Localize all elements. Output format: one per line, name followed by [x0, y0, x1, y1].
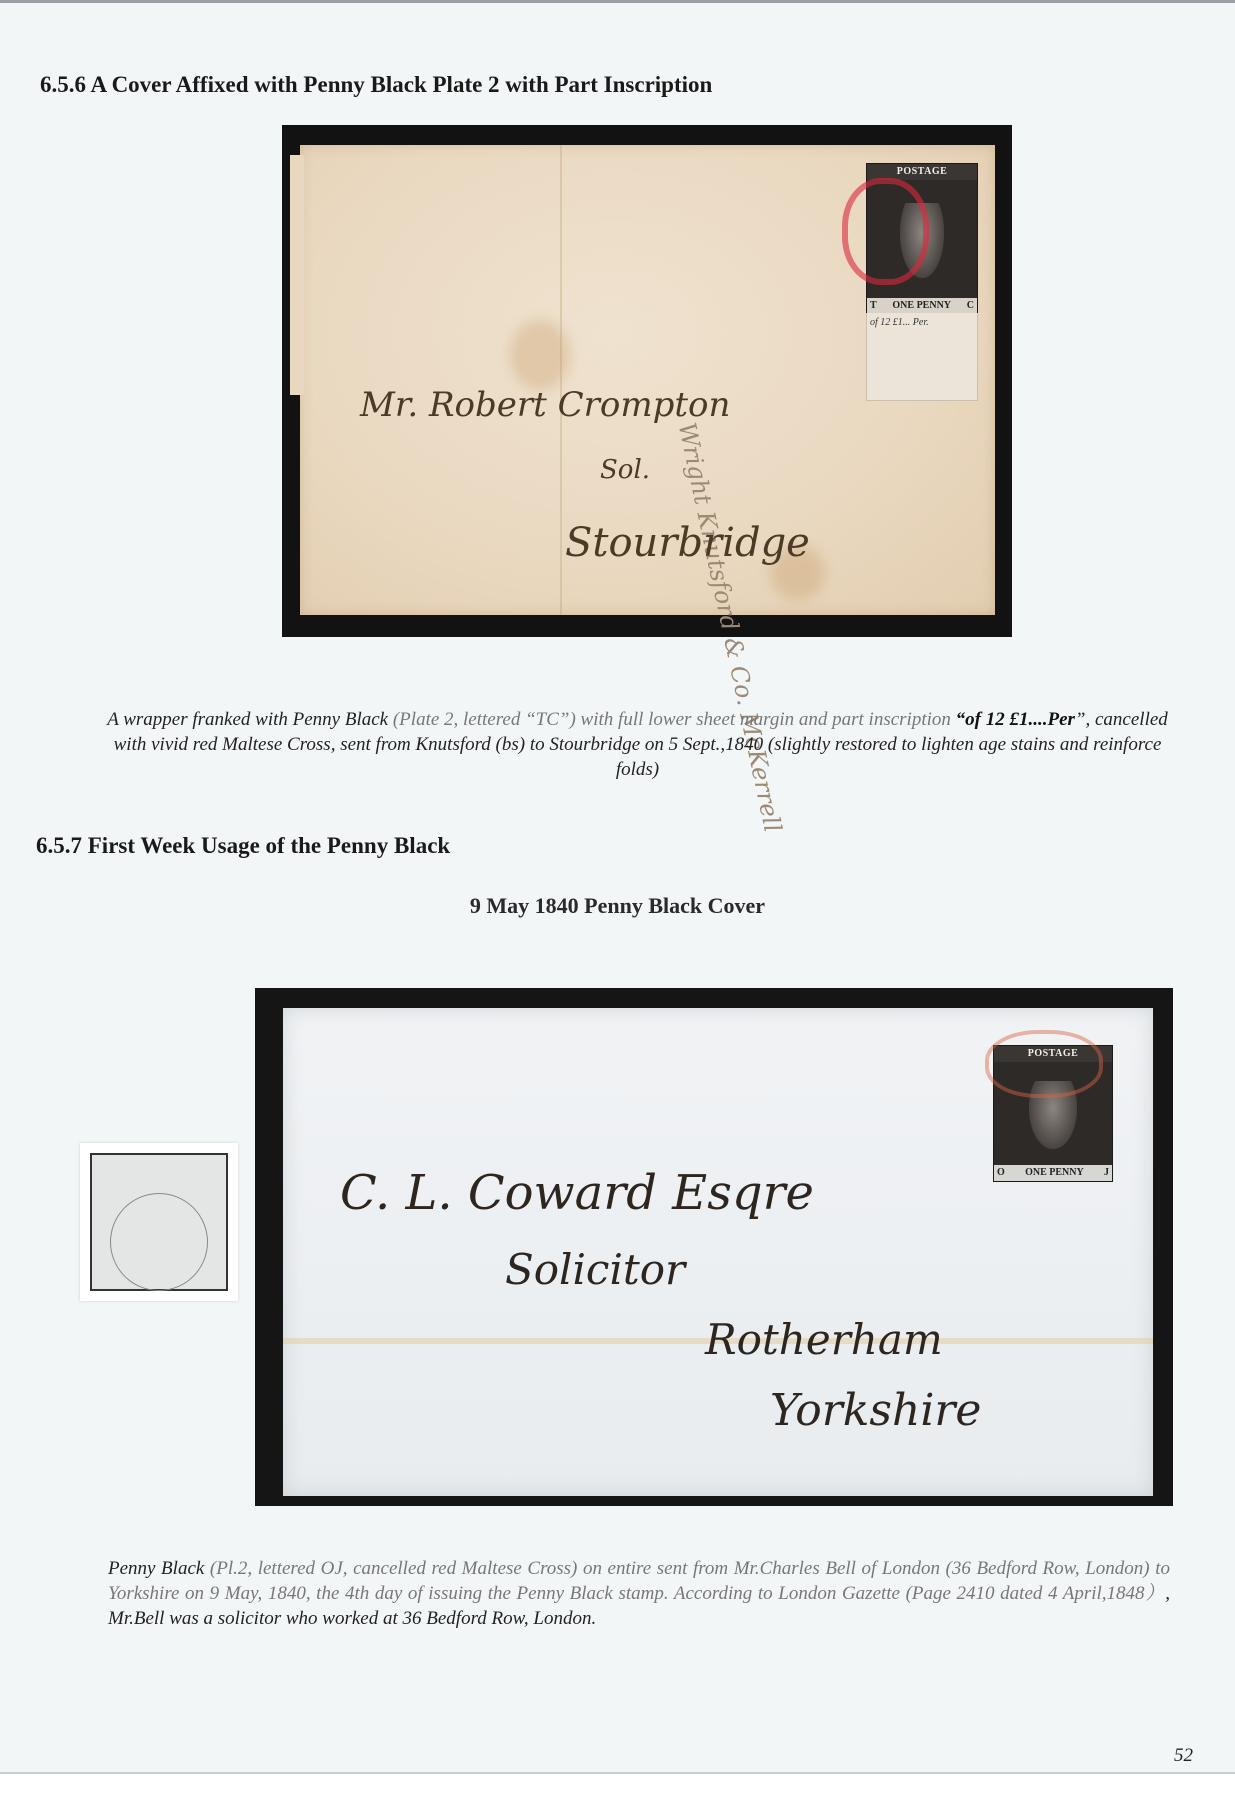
cover-2-caption: Penny Black (Pl.2, lettered OJ, cancelle… — [108, 1556, 1170, 1631]
caption-text: A wrapper franked with Penny Black — [107, 709, 388, 730]
red-maltese-cross-cancel-icon — [842, 178, 929, 285]
red-maltese-cross-cancel-icon — [985, 1030, 1103, 1098]
stamp-value-bar: O ONE PENNY J — [994, 1165, 1112, 1181]
cover-2-address-line-2: Solicitor — [505, 1245, 685, 1294]
wrapper-flap — [290, 155, 304, 395]
page-number: 52 — [1174, 1745, 1193, 1767]
margin-inscription: of 12 £1... Per. — [870, 317, 974, 328]
page-bottom-margin — [0, 1774, 1235, 1800]
stamp-letter-right: C — [967, 298, 974, 314]
cover-1-address-line-2: Sol. — [600, 455, 650, 485]
caption-text: (Plate 2, lettered “TC”) with full lower… — [388, 709, 956, 730]
section-heading-6-5-6: 6.5.6 A Cover Affixed with Penny Black P… — [40, 72, 712, 98]
stamp-value-label: ONE PENNY — [892, 298, 951, 314]
cover-2-title: 9 May 1840 Penny Black Cover — [0, 893, 1235, 919]
circular-datestamp-icon — [110, 1193, 208, 1291]
age-stain — [510, 320, 570, 390]
cover-2-address-line-1: C. L. Coward Esqre — [340, 1165, 814, 1221]
stamp-letter-right: J — [1104, 1165, 1109, 1181]
stamp-value-bar: T ONE PENNY C — [867, 298, 977, 314]
stamp-letter-left: T — [870, 298, 877, 314]
postmark-box — [90, 1153, 228, 1291]
cover-2-address-line-4: Yorkshire — [770, 1385, 981, 1436]
section-heading-6-5-7: 6.5.7 First Week Usage of the Penny Blac… — [36, 833, 450, 859]
caption-gazette-reference: (Page 2410 dated 4 April,1848） — [906, 1583, 1166, 1604]
cover-2-address-line-3: Rotherham — [705, 1315, 943, 1364]
stamp-letter-left: O — [997, 1165, 1005, 1181]
caption-text: Penny Black — [108, 1558, 210, 1579]
cover-1-caption: A wrapper franked with Penny Black (Plat… — [95, 707, 1180, 782]
stamp-value-label: ONE PENNY — [1025, 1165, 1084, 1181]
page-top-edge — [0, 0, 1235, 3]
cover-1-address-line-3: Stourbridge — [565, 520, 810, 566]
cover-1-address-line-1: Mr. Robert Crompton — [360, 385, 730, 425]
caption-inscription-quote: “of 12 £1....Per — [956, 709, 1075, 730]
postmark-inset — [80, 1143, 238, 1301]
